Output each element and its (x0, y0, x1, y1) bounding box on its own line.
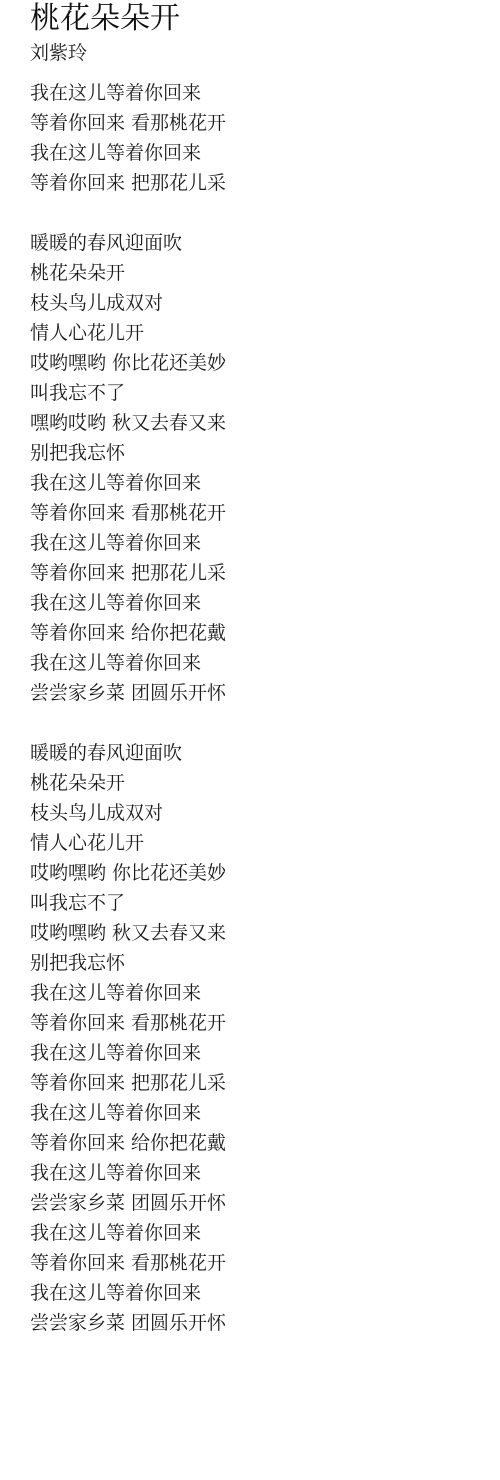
lyric-line: 等着你回来 看那桃花开 (30, 498, 490, 528)
lyric-line: 桃花朵朵开 (30, 258, 490, 288)
lyric-line: 暖暖的春风迎面吹 (30, 228, 490, 258)
stanza-break (30, 708, 490, 738)
lyric-line: 桃花朵朵开 (30, 768, 490, 798)
lyric-line: 枝头鸟儿成双对 (30, 798, 490, 828)
lyric-line: 我在这儿等着你回来 (30, 978, 490, 1008)
lyrics-body: 我在这儿等着你回来等着你回来 看那桃花开我在这儿等着你回来等着你回来 把那花儿采… (30, 78, 490, 1338)
lyric-line: 情人心花儿开 (30, 318, 490, 348)
lyric-line: 叫我忘不了 (30, 378, 490, 408)
lyric-line: 等着你回来 给你把花戴 (30, 618, 490, 648)
lyric-line: 哎哟嘿哟 你比花还美妙 (30, 348, 490, 378)
lyric-line: 我在这儿等着你回来 (30, 468, 490, 498)
lyric-line: 别把我忘怀 (30, 438, 490, 468)
lyric-line: 尝尝家乡菜 团圆乐开怀 (30, 1308, 490, 1338)
lyric-line: 我在这儿等着你回来 (30, 78, 490, 108)
lyric-line: 等着你回来 看那桃花开 (30, 1248, 490, 1278)
lyric-line: 我在这儿等着你回来 (30, 1158, 490, 1188)
lyric-line: 我在这儿等着你回来 (30, 528, 490, 558)
lyric-line: 我在这儿等着你回来 (30, 1278, 490, 1308)
lyric-line: 尝尝家乡菜 团圆乐开怀 (30, 1188, 490, 1218)
lyric-line: 等着你回来 把那花儿采 (30, 558, 490, 588)
lyric-line: 等着你回来 看那桃花开 (30, 1008, 490, 1038)
lyric-line: 哎哟嘿哟 秋又去春又来 (30, 918, 490, 948)
lyric-line: 等着你回来 给你把花戴 (30, 1128, 490, 1158)
lyric-line: 哎哟嘿哟 你比花还美妙 (30, 858, 490, 888)
lyric-line: 我在这儿等着你回来 (30, 1038, 490, 1068)
lyric-line: 等着你回来 把那花儿采 (30, 1068, 490, 1098)
lyric-line: 等着你回来 把那花儿采 (30, 168, 490, 198)
lyric-line: 叫我忘不了 (30, 888, 490, 918)
lyric-line: 等着你回来 看那桃花开 (30, 108, 490, 138)
lyric-line: 情人心花儿开 (30, 828, 490, 858)
lyric-line: 别把我忘怀 (30, 948, 490, 978)
lyric-line: 暖暖的春风迎面吹 (30, 738, 490, 768)
lyric-line: 我在这儿等着你回来 (30, 1098, 490, 1128)
lyric-line: 我在这儿等着你回来 (30, 648, 490, 678)
stanza-break (30, 198, 490, 228)
lyric-line: 我在这儿等着你回来 (30, 1218, 490, 1248)
lyric-line: 我在这儿等着你回来 (30, 138, 490, 168)
lyrics-page: 桃花朵朵开 刘紫玲 我在这儿等着你回来等着你回来 看那桃花开我在这儿等着你回来等… (30, 0, 490, 1338)
song-title: 桃花朵朵开 (30, 0, 490, 38)
lyric-line: 嘿哟哎哟 秋又去春又来 (30, 408, 490, 438)
lyric-line: 尝尝家乡菜 团圆乐开怀 (30, 678, 490, 708)
lyric-line: 我在这儿等着你回来 (30, 588, 490, 618)
song-artist: 刘紫玲 (30, 38, 490, 68)
lyric-line: 枝头鸟儿成双对 (30, 288, 490, 318)
